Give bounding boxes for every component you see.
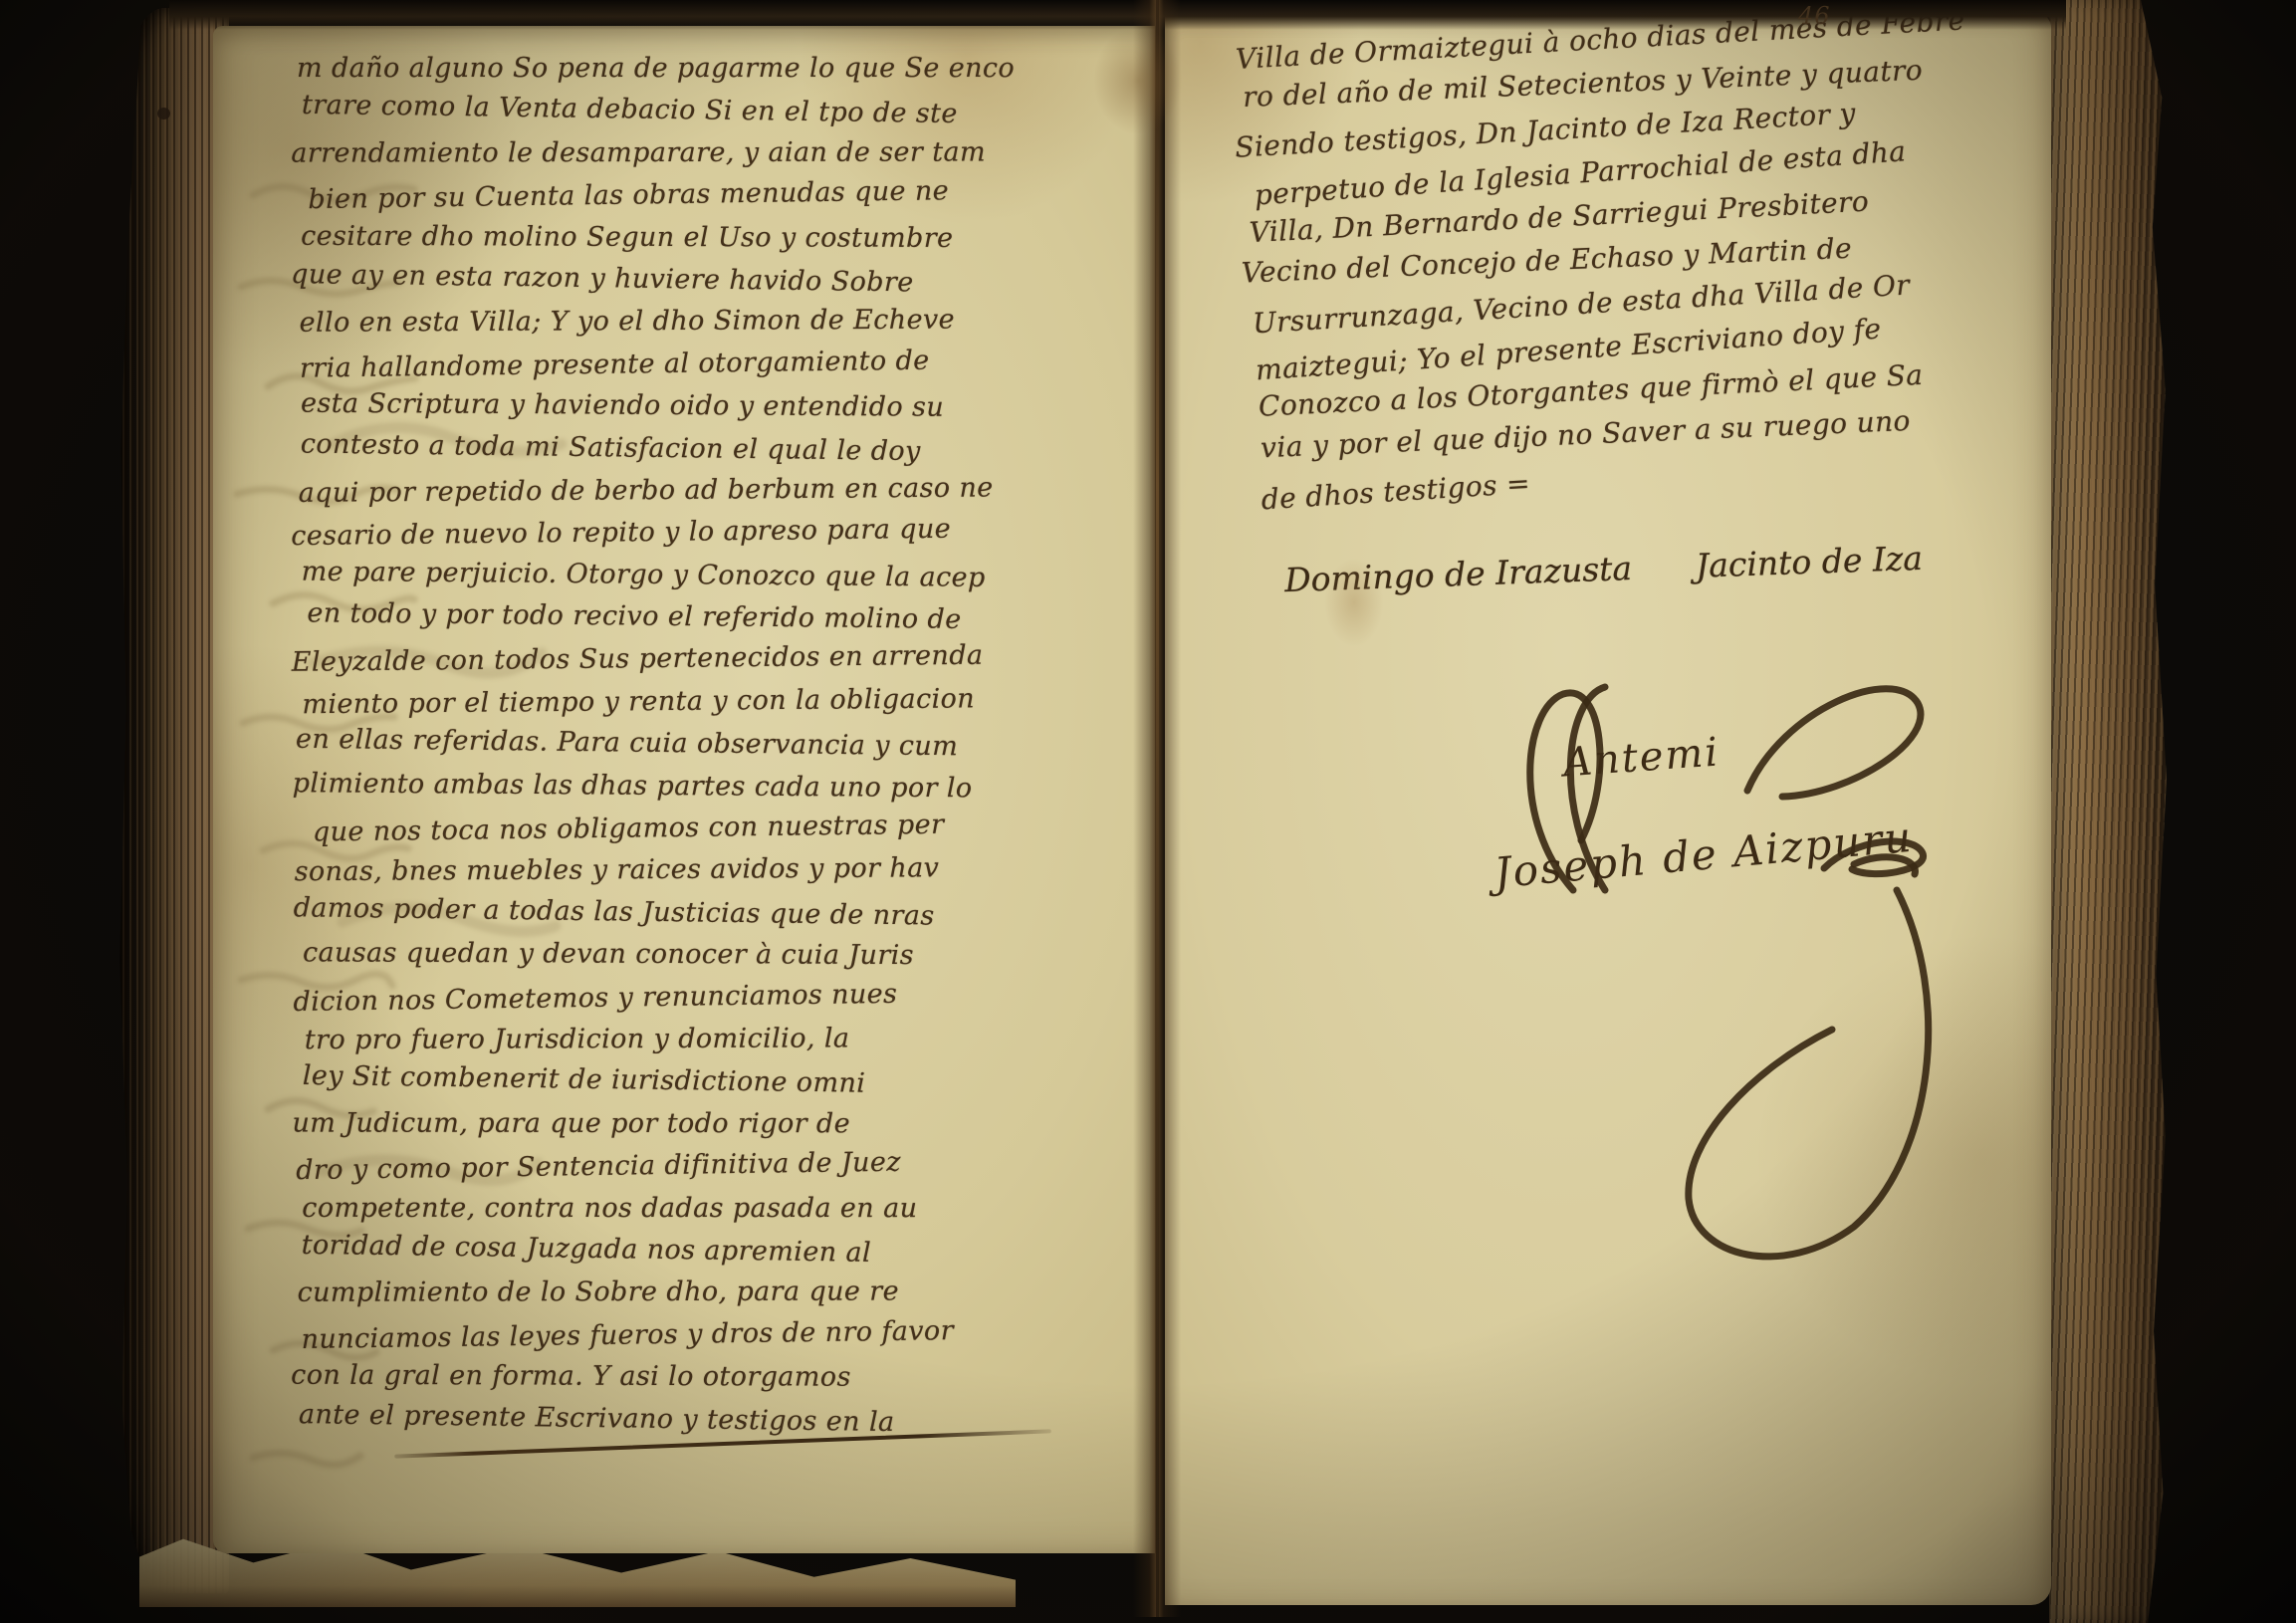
page-stack-fore-edge bbox=[2049, 0, 2167, 1623]
page-number: 46 bbox=[1798, 2, 1831, 30]
right-page-text: Villa de Ormaiztegui à ocho dias del mes… bbox=[1235, 0, 2056, 519]
manuscript-photo: m daño alguno So pena de pagarme lo que … bbox=[0, 0, 2296, 1623]
manuscript-line: um Judicum, para que por todo rigor de bbox=[292, 1102, 1029, 1145]
stain bbox=[1093, 26, 1183, 135]
ink-blot bbox=[157, 108, 170, 119]
manuscript-line: tro pro fuero Jurisdicion y domicilio, l… bbox=[305, 1018, 1041, 1062]
manuscript-line: plimiento ambas las dhas partes cada uno… bbox=[293, 763, 1030, 811]
manuscript-line: competente, contra nos dadas pasada en a… bbox=[302, 1187, 1038, 1230]
manuscript-line: Eleyzalde con todos Sus pertenecidos en … bbox=[292, 635, 1029, 685]
manuscript-line: nunciamos las leyes fueros y dros de nro… bbox=[301, 1309, 1038, 1361]
left-page: m daño alguno So pena de pagarme lo que … bbox=[213, 26, 1155, 1553]
manuscript-line: ello en esta Villa; Y yo el dho Simon de… bbox=[300, 300, 1036, 346]
manuscript-line: bien por su Cuenta las obras menudas que… bbox=[308, 169, 1045, 222]
manuscript-line: m daño alguno So pena de pagarme lo que … bbox=[297, 48, 1033, 90]
manuscript-line: damos poder a todas las Justicias que de… bbox=[293, 887, 1030, 939]
manuscript-line: cesitare dho molino Segun el Uso y costu… bbox=[301, 215, 1037, 260]
manuscript-line: contesto a toda mi Satisfacion el qual l… bbox=[301, 423, 1037, 474]
left-page-text: m daño alguno So pena de pagarme lo que … bbox=[297, 48, 1033, 1441]
manuscript-line: en ellas referidas. Para cuia observanci… bbox=[296, 719, 1033, 770]
manuscript-line: que nos toca nos obligamos con nuestras … bbox=[313, 804, 1049, 854]
manuscript-line: aqui por repetido de berbo ad berbum en … bbox=[299, 467, 1035, 515]
manuscript-line: toridad de cosa Juzgada nos apremien al bbox=[301, 1225, 1038, 1277]
manuscript-line: esta Scriptura y haviendo oido y entendi… bbox=[301, 383, 1037, 430]
witness-signature-2: Jacinto de Iza bbox=[1695, 539, 1923, 585]
manuscript-line: trare como la Venta debacio Si en el tpo… bbox=[302, 85, 1039, 137]
manuscript-line: que ay en esta razon y huviere havido So… bbox=[291, 254, 1029, 306]
manuscript-line: me pare perjuicio. Otorgo y Conozco que … bbox=[302, 551, 1038, 599]
notary-signature-flourish bbox=[1454, 639, 2031, 1296]
right-page: Villa de Ormaiztegui à ocho dias del mes… bbox=[1165, 12, 2051, 1605]
manuscript-line: arrendamiento le desamparare, y aian de … bbox=[291, 131, 1028, 175]
book-gutter-line bbox=[1156, 0, 1159, 1617]
manuscript-line: ley Sit combenerit de iurisdictione omni bbox=[303, 1055, 1040, 1108]
manuscript-line: cumplimiento de lo Sobre dho, para que r… bbox=[298, 1272, 1034, 1315]
manuscript-line: rria hallandome presente al otorgamiento… bbox=[300, 339, 1036, 390]
manuscript-line: con la gral en forma. Y asi lo otorgamos bbox=[291, 1355, 1028, 1400]
manuscript-line: cesario de nuevo lo repito y lo apreso p… bbox=[291, 508, 1028, 559]
manuscript-line: sonas, bnes muebles y raices avidos y po… bbox=[295, 847, 1032, 894]
manuscript-line: dicion nos Cometemos y renunciamos nues bbox=[293, 972, 1031, 1024]
manuscript-line: causas quedan y devan conocer à cuia Jur… bbox=[303, 933, 1039, 979]
stain bbox=[1324, 558, 1384, 647]
manuscript-line: dro y como por Sentencia difinitiva de J… bbox=[296, 1140, 1033, 1193]
top-page-edge-shadow bbox=[169, 0, 2066, 30]
